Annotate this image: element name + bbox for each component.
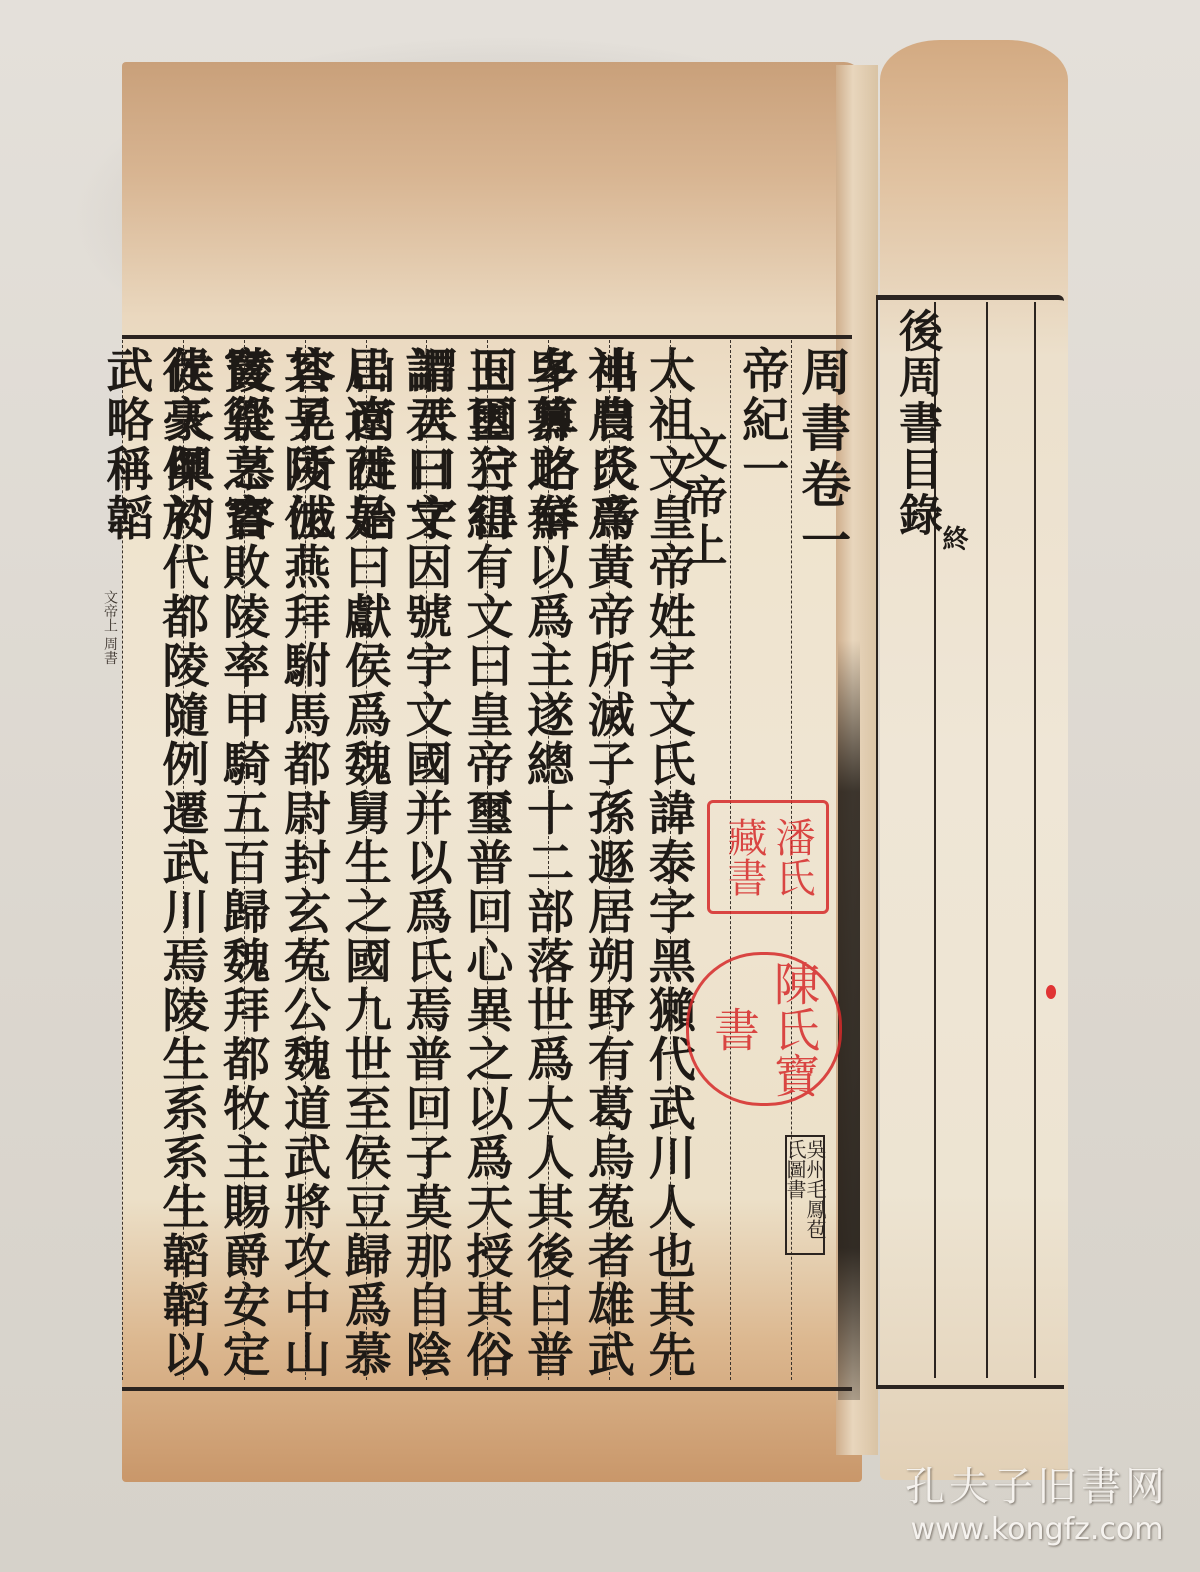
text-column: 太祖文皇帝姓宇文氏諱泰字黑獺代武川人也其先出自炎帝: [609, 340, 670, 1380]
end-mark: 終: [935, 525, 972, 551]
toc-column: [936, 302, 988, 1378]
round-red-seal: 陳氏寶書: [686, 952, 842, 1106]
ink-seal: 吳州毛鳳苞氏圖書: [785, 1135, 825, 1255]
red-ink-spot: [1046, 985, 1056, 999]
square-red-seal: 潘氏藏書: [707, 800, 829, 914]
right-page-columns: 後周書目錄: [878, 302, 1060, 1378]
toc-title-column: 後周書目錄: [878, 302, 936, 1378]
toc-column: [988, 302, 1036, 1378]
watermark-name: 孔夫子旧書网: [905, 1455, 1169, 1512]
watermark-url: www.kongfz.com: [905, 1512, 1169, 1547]
toc-column: [1036, 302, 1060, 1378]
watermark: 孔夫子旧書网 www.kongfz.com: [905, 1455, 1169, 1547]
